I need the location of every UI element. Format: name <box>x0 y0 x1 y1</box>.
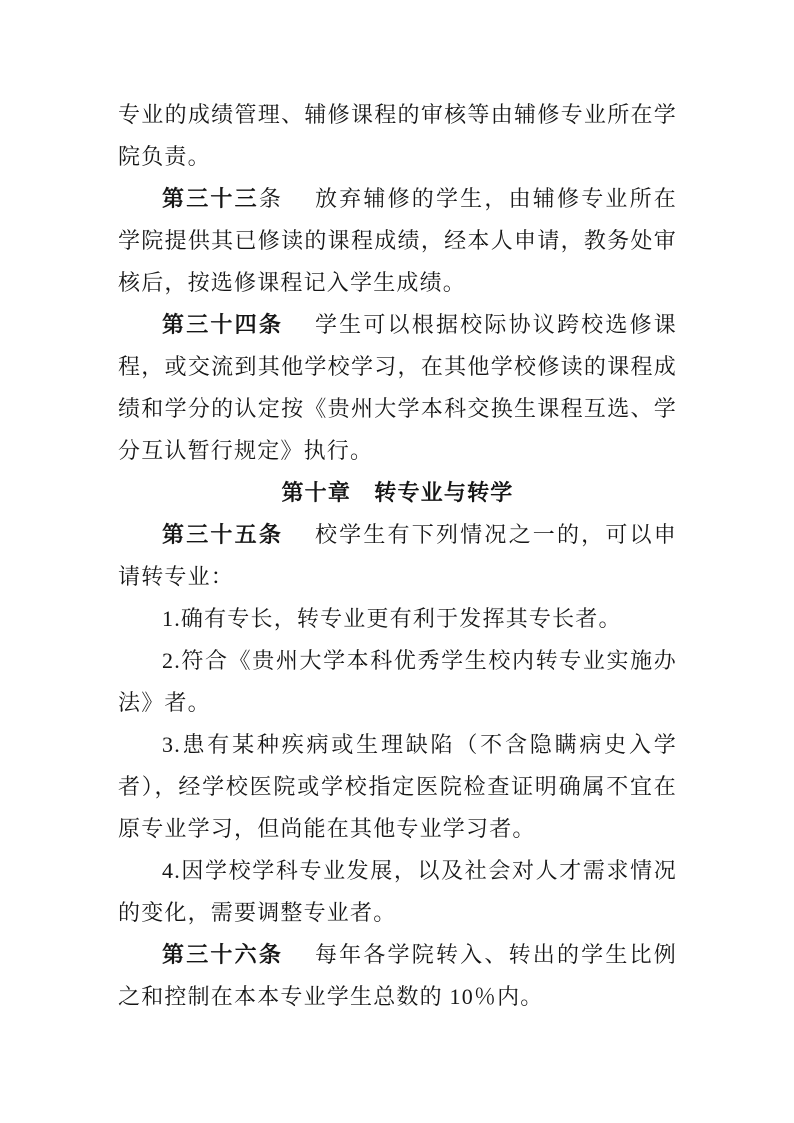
paragraph: 3.患有某种疾病或生理缺陷（不含隐瞒病史入学者），经学校医院或学校指定医院检查证… <box>118 724 677 850</box>
paragraph: 2.符合《贵州大学本科优秀学生校内转专业实施办法》者。 <box>118 640 677 724</box>
paragraph: 第三十四条 学生可以根据校际协议跨校选修课程，或交流到其他学校学习，在其他学校修… <box>118 304 677 472</box>
article-number: 第三十六条 <box>162 942 283 967</box>
paragraph: 第三十三条 放弃辅修的学生，由辅修专业所在学院提供其已修读的课程成绩，经本人申请… <box>118 178 677 304</box>
chapter-heading: 第十章 转专业与转学 <box>118 472 677 514</box>
chapter-heading-text: 第十章 转专业与转学 <box>281 480 513 505</box>
body-text: 2.符合《贵州大学本科优秀学生校内转专业实施办法》者。 <box>118 648 677 715</box>
paragraph: 第三十五条 校学生有下列情况之一的，可以申请转专业： <box>118 514 677 598</box>
article-number: 第三十五条 <box>162 522 283 547</box>
article-number: 第三十三 <box>162 186 259 211</box>
body-text: 专业的成绩管理、辅修课程的审核等由辅修专业所在学院负责。 <box>118 102 677 169</box>
body-text: 3.患有某种疾病或生理缺陷（不含隐瞒病史入学者），经学校医院或学校指定医院检查证… <box>118 732 677 841</box>
paragraph: 1.确有专长，转专业更有利于发挥其专长者。 <box>118 598 677 640</box>
document-page: 专业的成绩管理、辅修课程的审核等由辅修专业所在学院负责。第三十三条 放弃辅修的学… <box>0 0 794 1123</box>
body-text: 1.确有专长，转专业更有利于发挥其专长者。 <box>162 606 622 631</box>
body-text: 条 <box>259 186 283 211</box>
page-content: 专业的成绩管理、辅修课程的审核等由辅修专业所在学院负责。第三十三条 放弃辅修的学… <box>0 0 794 1018</box>
article-number: 第三十四条 <box>162 312 283 337</box>
paragraph: 第三十六条 每年各学院转入、转出的学生比例之和控制在本本专业学生总数的 10％内… <box>118 934 677 1018</box>
body-text: 4.因学校学科专业发展，以及社会对人才需求情况的变化，需要调整专业者。 <box>118 858 677 925</box>
paragraph: 4.因学校学科专业发展，以及社会对人才需求情况的变化，需要调整专业者。 <box>118 850 677 934</box>
paragraph: 专业的成绩管理、辅修课程的审核等由辅修专业所在学院负责。 <box>118 94 677 178</box>
